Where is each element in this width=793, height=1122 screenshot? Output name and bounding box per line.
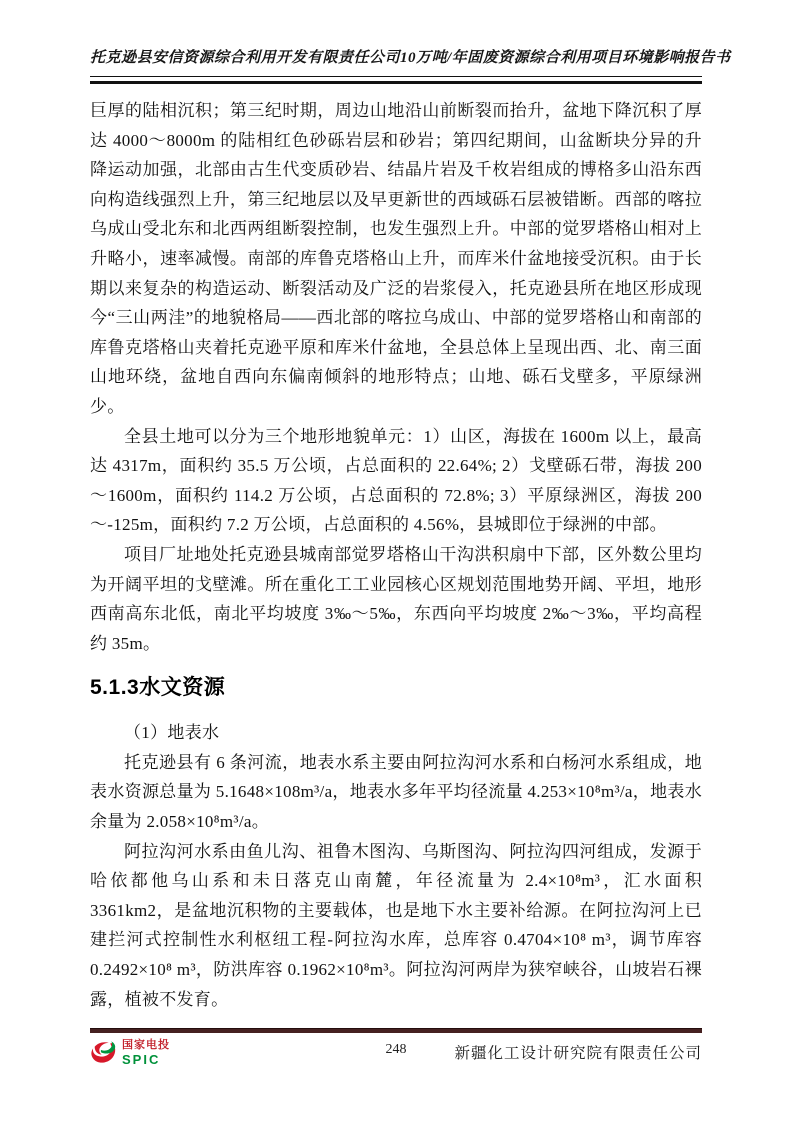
footer-rule bbox=[90, 1028, 702, 1033]
paragraph-alagou-river: 阿拉沟河水系由鱼儿沟、祖鲁木图沟、乌斯图沟、阿拉沟四河组成，发源于哈依都他乌山系… bbox=[90, 837, 702, 1015]
document-page: 托克逊县安信资源综合利用开发有限责任公司10万吨/年固废资源综合利用项目环境影响… bbox=[0, 0, 793, 1122]
section-heading-hydrology: 5.1.3水文资源 bbox=[90, 673, 702, 703]
report-header-title: 托克逊县安信资源综合利用开发有限责任公司10万吨/年固废资源综合利用项目环境影响… bbox=[90, 46, 702, 67]
footer-row: 国家电投 SPIC 248 新疆化工设计研究院有限责任公司 bbox=[90, 1038, 702, 1068]
page-number: 248 bbox=[90, 1042, 702, 1058]
header-rule bbox=[90, 76, 702, 84]
paragraph-site-location: 项目厂址地处托克逊县城南部觉罗塔格山干沟洪积扇中下部，区外数公里均为开阔平坦的戈… bbox=[90, 540, 702, 658]
paragraph-geology-continuation: 巨厚的陆相沉积；第三纪时期，周边山地沿山前断裂而抬升，盆地下降沉积了厚达 400… bbox=[90, 96, 702, 422]
paragraph-surface-water: 托克逊县有 6 条河流，地表水系主要由阿拉沟河水系和白杨河水系组成，地表水资源总… bbox=[90, 748, 702, 837]
paragraph-landform-units: 全县土地可以分为三个地形地貌单元：1）山区，海拔在 1600m 以上，最高达 4… bbox=[90, 422, 702, 540]
subheading-surface-water: （1）地表水 bbox=[90, 718, 702, 748]
document-footer: 国家电投 SPIC 248 新疆化工设计研究院有限责任公司 bbox=[90, 1028, 702, 1068]
document-body: 巨厚的陆相沉积；第三纪时期，周边山地沿山前断裂而抬升，盆地下降沉积了厚达 400… bbox=[90, 96, 702, 1014]
